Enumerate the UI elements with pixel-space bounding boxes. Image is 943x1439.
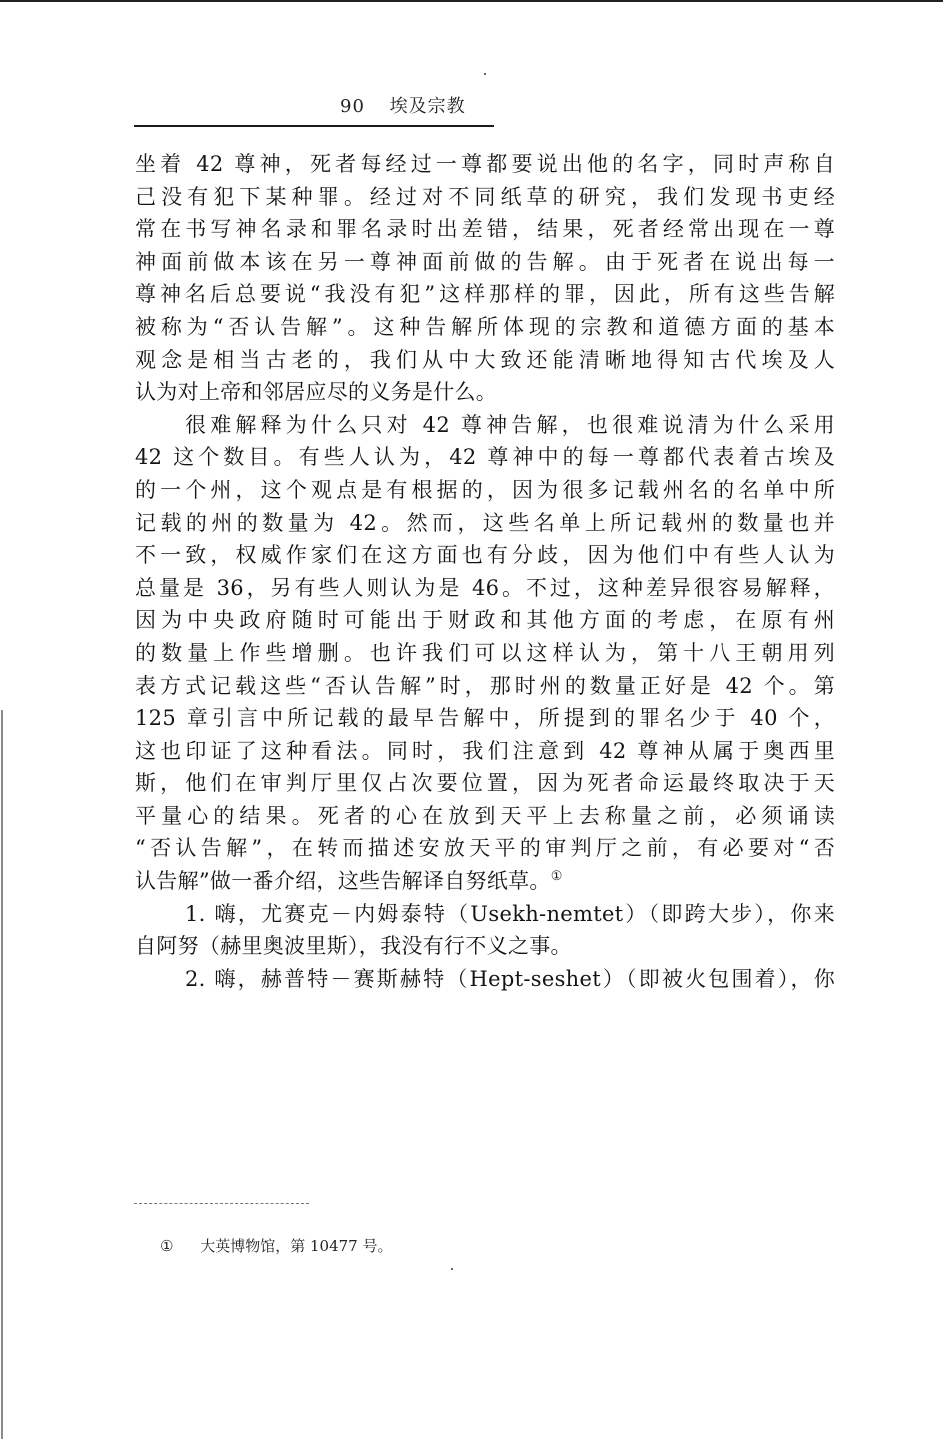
footnote: ① 大英博物馆，第 10477 号。 xyxy=(160,1235,393,1256)
text-line: 表方式记载这些“否认告解”时，那时州的数量正好是 42 个。第 xyxy=(135,670,835,703)
text-line: 坐着 42 尊神，死者每经过一尊都要说出他的名字，同时声称自 xyxy=(135,148,835,181)
footnote-mark: ① xyxy=(160,1237,173,1255)
text-line: 的数量上作些增删。也许我们可以这样认为，第十八王朝用列 xyxy=(135,637,835,670)
text-line: 平量心的结果。死者的心在放到天平上去称量之前，必须诵读 xyxy=(135,800,835,833)
text-line: 这也印证了这种看法。同时，我们注意到 42 尊神从属于奥西里 xyxy=(135,735,835,768)
text-line: 很难解释为什么只对 42 尊神告解，也很难说清为什么采用 xyxy=(135,409,835,442)
scan-speck xyxy=(484,73,486,75)
page-number: 90 xyxy=(340,96,365,117)
text-line: 斯，他们在审判厅里仅占次要位置，因为死者命运最终取决于天 xyxy=(135,767,835,800)
list-item-2: 2. 嗨，赫普特－赛斯赫特（Hept-seshet）（即被火包围着），你 xyxy=(135,963,835,996)
text-line: 己没有犯下某种罪。经过对不同纸草的研究，我们发现书吏经 xyxy=(135,181,835,214)
text-line: 被称为“否认告解”。这种告解所体现的宗教和道德方面的基本 xyxy=(135,311,835,344)
text-line: 认告解”做一番介绍，这些告解译自努纸草。 xyxy=(135,869,551,893)
scan-left-edge xyxy=(1,710,3,1439)
scan-speck xyxy=(451,1268,453,1270)
text-line: 神面前做本该在另一尊神面前做的告解。由于死者在说出每一 xyxy=(135,246,835,279)
header-rule xyxy=(134,125,494,127)
running-header: 90 埃及宗教 xyxy=(340,92,466,118)
text-line: 尊神名后总要说“我没有犯”这样那样的罪，因此，所有这些告解 xyxy=(135,278,835,311)
text-line: 42 这个数目。有些人认为，42 尊神中的每一尊都代表着古埃及 xyxy=(135,441,835,474)
text-line: 因为中央政府随时可能出于财政和其他方面的考虑，在原有州 xyxy=(135,604,835,637)
text-line: 125 章引言中所记载的最早告解中，所提到的罪名少于 40 个， xyxy=(135,702,835,735)
text-line: 观念是相当古老的，我们从中大致还能清晰地得知古代埃及人 xyxy=(135,344,835,377)
text-line: 总量是 36，另有些人则认为是 46。不过，这种差异很容易解释， xyxy=(135,572,835,605)
text-line: 认为对上帝和邻居应尽的义务是什么。 xyxy=(135,376,835,409)
footnote-text: 大英博物馆，第 10477 号。 xyxy=(200,1237,392,1255)
text-line: 不一致，权威作家们在这方面也有分歧，因为他们中有些人认为 xyxy=(135,539,835,572)
scan-top-border xyxy=(0,0,943,2)
text-line: 自阿努（赫里奥波里斯），我没有行不义之事。 xyxy=(135,930,835,963)
text-line-with-footnote-ref: 认告解”做一番介绍，这些告解译自努纸草。① xyxy=(135,865,835,898)
body-text: 坐着 42 尊神，死者每经过一尊都要说出他的名字，同时声称自 己没有犯下某种罪。… xyxy=(135,148,835,995)
running-title: 埃及宗教 xyxy=(390,96,466,117)
text-line: 常在书写神名录和罪名录时出差错，结果，死者经常出现在一尊 xyxy=(135,213,835,246)
list-item-1: 1. 嗨，尤赛克－内姆泰特（Usekh-nemtet）（即跨大步），你来 xyxy=(135,898,835,931)
text-line: 的一个州，这个观点是有根据的，因为很多记载州名的名单中所 xyxy=(135,474,835,507)
text-line: “否认告解”，在转而描述安放天平的审判厅之前，有必要对“否 xyxy=(135,832,835,865)
text-line: 记载的州的数量为 42。然而，这些名单上所记载州的数量也并 xyxy=(135,507,835,540)
footnote-reference[interactable]: ① xyxy=(551,869,563,884)
footnote-rule xyxy=(134,1203,309,1205)
